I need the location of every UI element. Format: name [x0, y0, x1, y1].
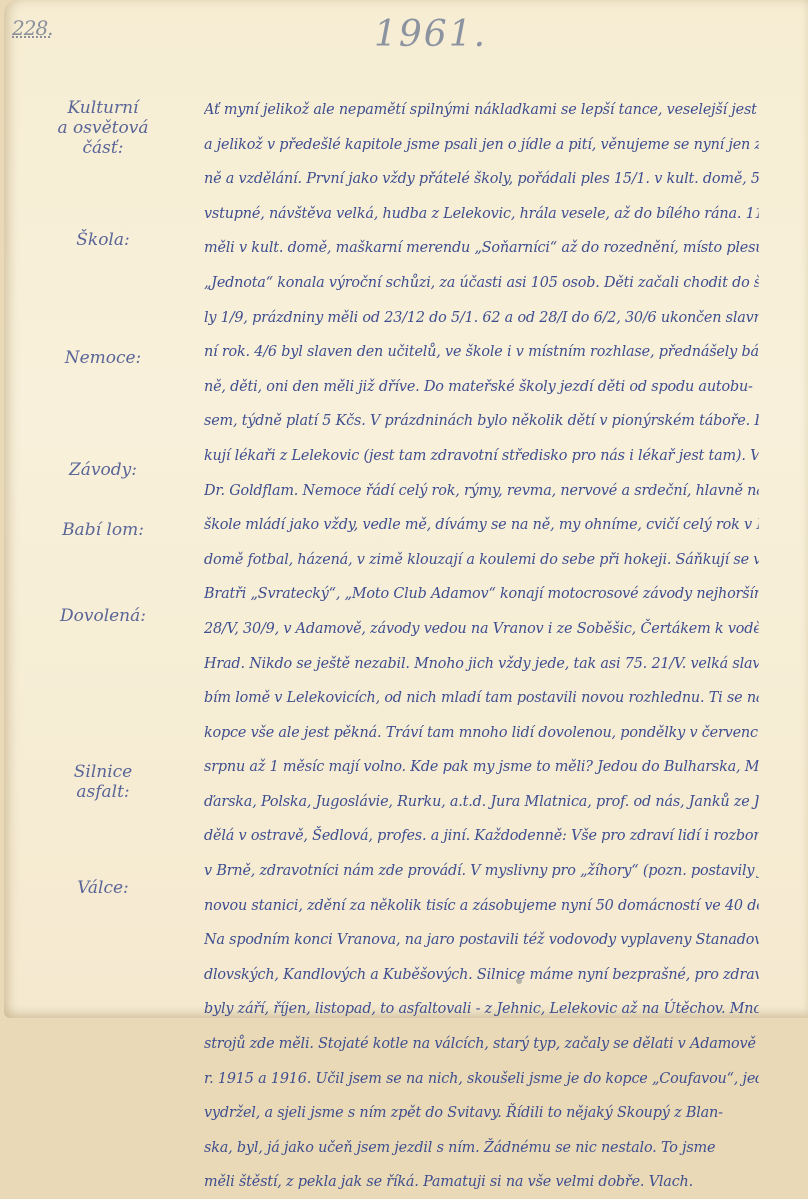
- margin-label-line: Škola:: [8, 230, 198, 250]
- year-heading: 1961.: [374, 14, 487, 55]
- margin-label-babi-lom: Babí lom:: [8, 520, 198, 540]
- text-line: sem, týdně platí 5 Kčs. V prázdninách by…: [204, 403, 759, 438]
- margin-label-line: a osvětová: [8, 118, 198, 138]
- margin-label-line: Kulturní: [8, 98, 198, 118]
- text-line: 28/V, 30/9, v Adamově, závody vedou na V…: [204, 611, 759, 646]
- text-line: ně a vzdělání. První jako vždy přátelé š…: [204, 161, 759, 196]
- text-line: dlovských, Kandlových a Kuběšových. Siln…: [204, 957, 759, 992]
- margin-label-valka: Válce:: [8, 878, 198, 898]
- text-line: ní rok. 4/6 byl slaven den učitelů, ve š…: [204, 334, 759, 369]
- text-line: Na spodním konci Vranova, na jaro postav…: [204, 922, 759, 957]
- ink-spot: [516, 978, 522, 984]
- text-line: ly 1/9, prázdniny měli od 23/12 do 5/1. …: [204, 300, 759, 335]
- margin-label-line: asfalt:: [8, 782, 198, 802]
- text-line: srpnu až 1 měsíc mají volno. Kde pak my …: [204, 749, 759, 784]
- text-line: bím lomě v Lelekovicích, od nich mladí t…: [204, 680, 759, 715]
- margin-label-line: Babí lom:: [8, 520, 198, 540]
- text-line: ně, děti, oni den měli již dříve. Do mat…: [204, 369, 759, 404]
- text-line: dělá v ostravě, Šedlová, profes. a jiní.…: [204, 818, 759, 853]
- margin-label-line: Silnice: [8, 762, 198, 782]
- margin-label-line: Nemoce:: [8, 348, 198, 368]
- margin-label-kulturni: Kulturnía osvětováčásť:: [8, 98, 198, 158]
- text-line: novou stanici, zdění za několik tisíc a …: [204, 888, 759, 923]
- text-line: měli v kult. domě, maškarní merendu „Soň…: [204, 230, 759, 265]
- margin-label-silnice: Silniceasfalt:: [8, 762, 198, 802]
- handwritten-body-text: Ať myní jelikož ale nepamětí spilnými ná…: [204, 92, 759, 1024]
- margin-label-nemoce: Nemoce:: [8, 348, 198, 368]
- text-line: „Jednota“ konala výroční schůzi, za účas…: [204, 265, 759, 300]
- text-line: škole mládí jako vždy, vedle mě, dívámy …: [204, 507, 759, 542]
- margin-label-skola: Škola:: [8, 230, 198, 250]
- text-line: Dr. Goldflam. Nemoce řádí celý rok, rýmy…: [204, 473, 759, 508]
- text-line: v Brně, zdravotníci nám zde provádí. V m…: [204, 853, 759, 888]
- text-line: kují lékaři z Lelekovic (jest tam zdravo…: [204, 438, 759, 473]
- margin-label-zavody: Závody:: [8, 460, 198, 480]
- text-line: byly září, říjen, listopad, to asfaltova…: [204, 991, 759, 1024]
- text-line: a jelikož v předešlé kapitole jsme psali…: [204, 127, 759, 162]
- text-line: kopce vše ale jest pěkná. Tráví tam mnoh…: [204, 715, 759, 750]
- text-line: Bratři „Svratecký“, „Moto Club Adamov“ k…: [204, 576, 759, 611]
- text-line: vstupné, návštěva velká, hudba z Lelekov…: [204, 196, 759, 231]
- margin-label-line: Válce:: [8, 878, 198, 898]
- text-line: Ať myní jelikož ale nepamětí spilnými ná…: [204, 92, 759, 127]
- text-line: domě fotbal, házená, v zimě klouzají a k…: [204, 542, 759, 577]
- margin-label-line: Závody:: [8, 460, 198, 480]
- page-number: 228.: [12, 16, 53, 40]
- margin-label-dovolene: Dovolená:: [8, 606, 198, 626]
- text-line: Hrad. Nikdo se ještě nezabil. Mnoho jich…: [204, 646, 759, 681]
- margin-label-line: Dovolená:: [8, 606, 198, 626]
- chronicle-page: 228. 1961. Kulturnía osvětováčásť:Škola:…: [4, 0, 808, 1018]
- margin-label-line: čásť:: [8, 138, 198, 158]
- text-line: ďarska, Polska, Jugoslávie, Rurku, a.t.d…: [204, 784, 759, 819]
